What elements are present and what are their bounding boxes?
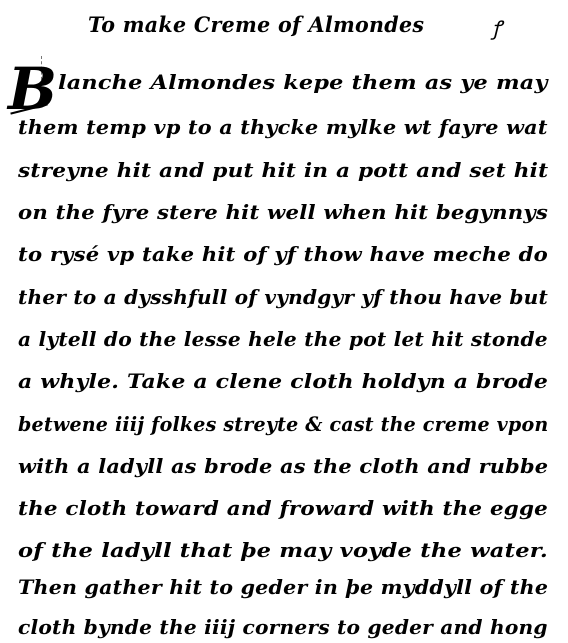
text-line-5: to rysé vp take hit of yf thow have mech…: [18, 244, 548, 264]
text-line-14: cloth bynde the iiij corners to geder an…: [18, 617, 548, 637]
title-flourish-mark: ꝭ: [492, 14, 501, 41]
text-line-8: a whyle. Take a clene cloth holdyn a bro…: [18, 371, 548, 391]
recipe-title: To make Creme of Almondes: [88, 12, 424, 37]
text-line-12: of the ladyll that þe may voyde the wate…: [18, 540, 548, 560]
text-line-9: betwene iiij folkes streyte & cast the c…: [18, 414, 548, 434]
text-line-13: Then gather hit to geder in þe myddyll o…: [18, 577, 548, 597]
text-line-2: them temp vp to a thycke mylke wt fayre …: [18, 117, 548, 137]
text-line-1: lanche Almondes kepe them as ye may: [58, 72, 548, 92]
drop-capital-initial: B: [8, 60, 57, 118]
text-line-10: with a ladyll as brode as the cloth and …: [18, 456, 548, 476]
text-line-3: streyne hit and put hit in a pott and se…: [18, 160, 548, 180]
text-line-7: a lytell do the lesse hele the pot let h…: [18, 329, 548, 349]
text-line-11: the cloth toward and froward with the eg…: [18, 498, 548, 518]
text-line-4: on the fyre stere hit well when hit begy…: [18, 202, 548, 222]
text-line-6: ther to a dysshfull of vyndgyr yf thou h…: [18, 287, 548, 307]
manuscript-page: To make Creme of Almondes ꝭ B lanche Alm…: [0, 0, 568, 643]
